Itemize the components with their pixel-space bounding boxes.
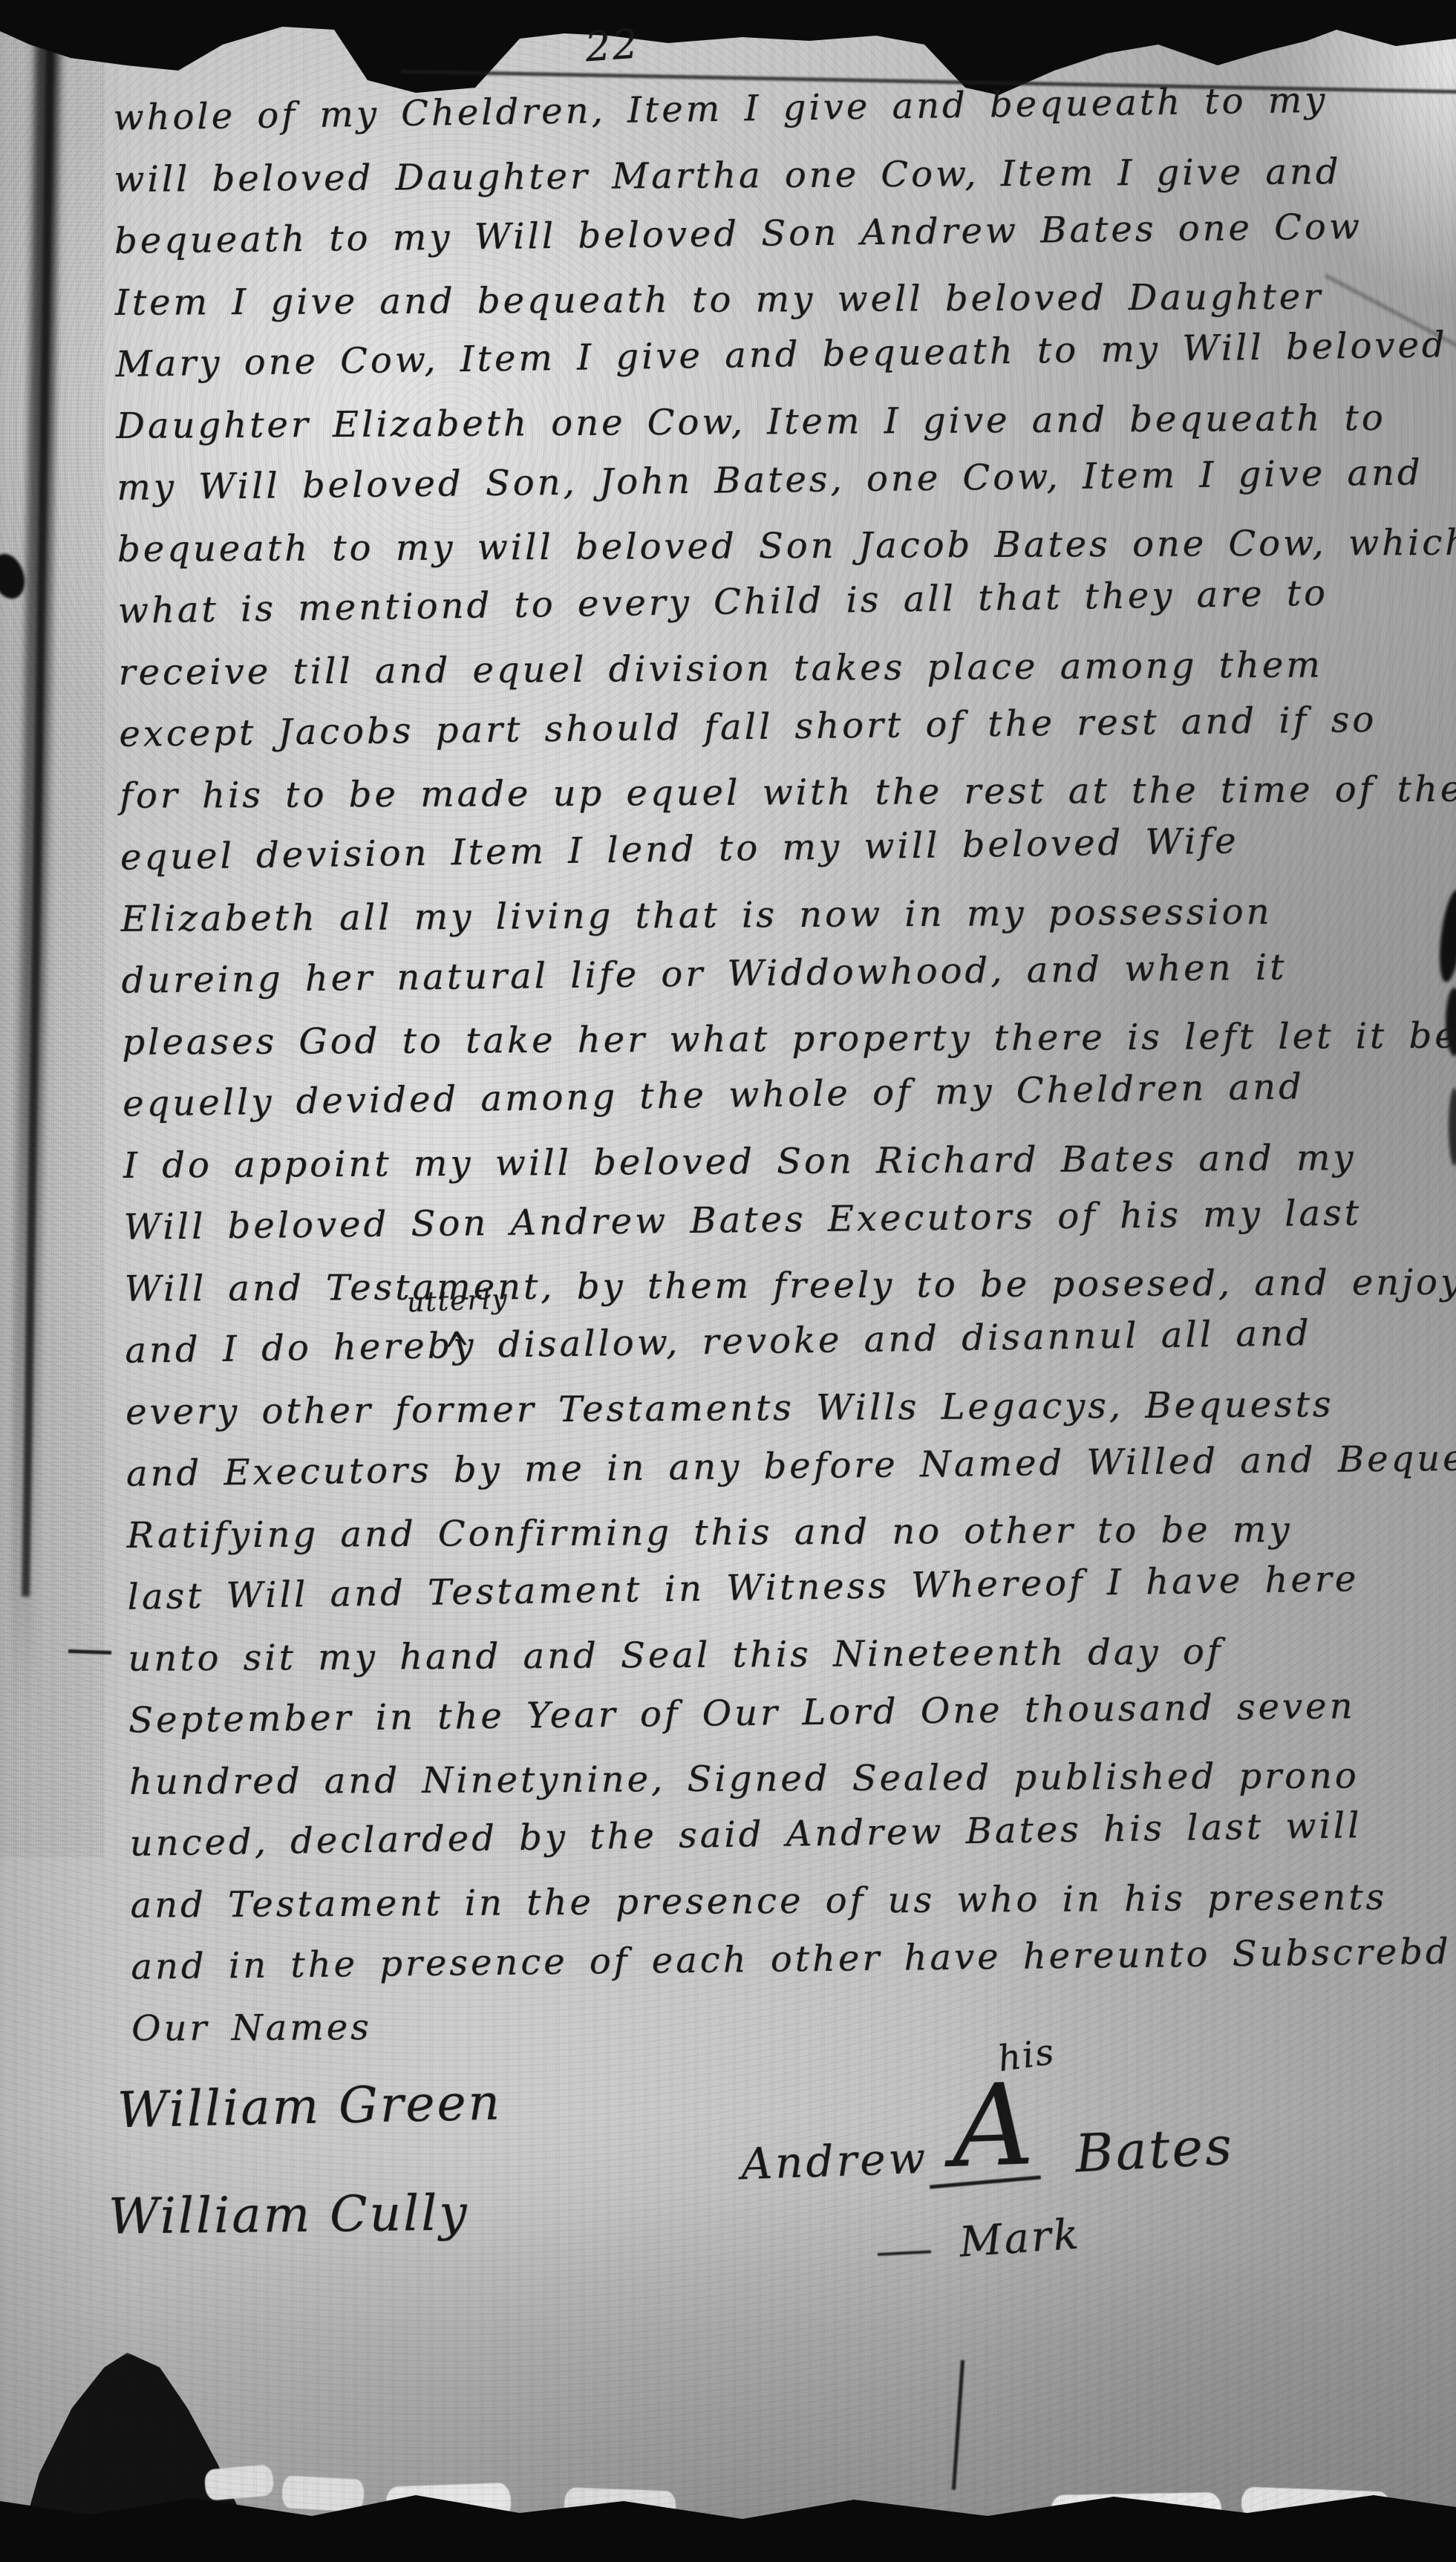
witness-signature-1: William Green (117, 2074, 502, 2139)
caret-mark: ^ (443, 1320, 471, 1384)
right-edge-blot-3 (1449, 1088, 1456, 1166)
testator-mark-label: Mark (958, 2210, 1083, 2266)
manuscript-line-32: Our Names (131, 1992, 1423, 2060)
testator-forename: Andrew (740, 2133, 929, 2190)
torn-paper-patch-1 (203, 2464, 274, 2501)
page-number: 22 (584, 21, 641, 71)
manuscript-scan-page: 22 whole of my Cheldren, Item I give and… (0, 0, 1456, 2562)
inserted-word: utterly (406, 1285, 509, 1319)
testator-mark-letter: A (950, 2057, 1036, 2195)
manuscript-text: whole of my Cheldren, Item I give and be… (113, 75, 1423, 2060)
witness-signature-2: William Cully (108, 2184, 469, 2245)
torn-paper-patch-2 (281, 2475, 365, 2512)
testator-surname: Bates (1074, 2115, 1235, 2184)
